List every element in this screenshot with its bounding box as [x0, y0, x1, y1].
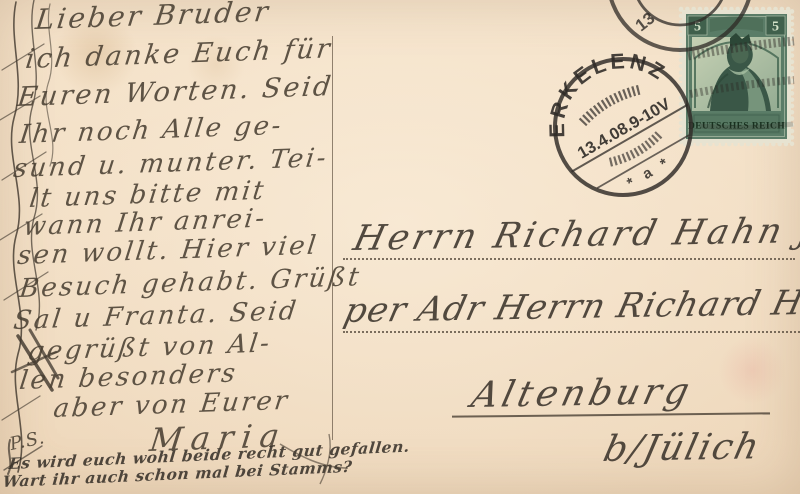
postmark-overlay: ERKELENZ 13.4.08.9-10V * a * 13: [0, 0, 800, 494]
postmark-town: ERKELENZ: [521, 23, 677, 148]
pen-flourish: [280, 434, 348, 484]
postmark-partial-date: 13: [632, 9, 659, 36]
postmark-erkelenz: ERKELENZ 13.4.08.9-10V * a *: [521, 23, 720, 222]
svg-text:ERKELENZ: ERKELENZ: [521, 23, 677, 148]
postcard-back: Lieber Bruder ich danke Euch für Euren W…: [0, 0, 800, 494]
